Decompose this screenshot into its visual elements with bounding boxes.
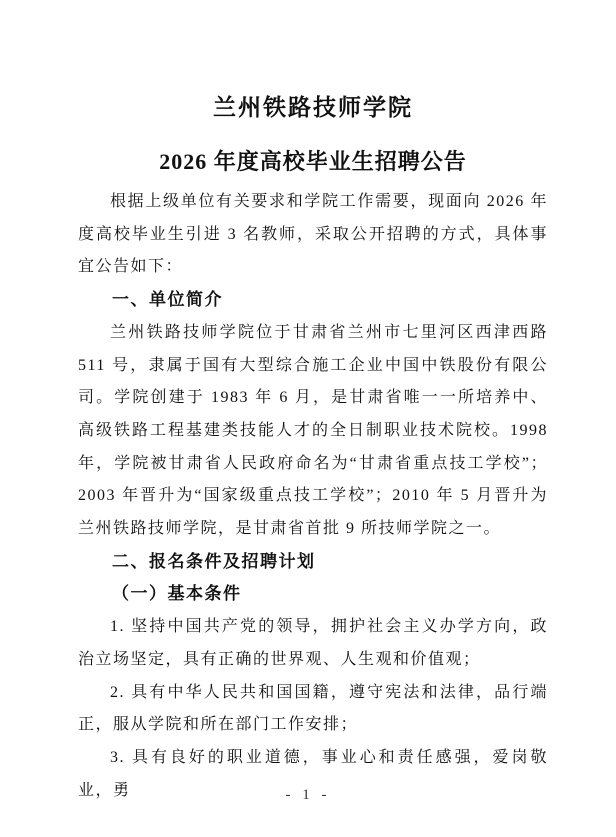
- doc-subtitle: 2026 年度高校毕业生招聘公告: [78, 142, 548, 182]
- intro-paragraph: 根据上级单位有关要求和学院工作需要，现面向 2026 年度高校毕业生引进 3 名…: [78, 186, 548, 284]
- document-content: 兰州铁路技师学院 2026 年度高校毕业生招聘公告 根据上级单位有关要求和学院工…: [78, 0, 548, 807]
- doc-title: 兰州铁路技师学院: [78, 88, 548, 128]
- section-2-subheading: （一）基本条件: [78, 578, 548, 611]
- document-page: 兰州铁路技师学院 2026 年度高校毕业生招聘公告 根据上级单位有关要求和学院工…: [0, 0, 616, 837]
- section-1-heading: 一、单位简介: [78, 284, 548, 317]
- section-1-paragraph: 兰州铁路技师学院位于甘肃省兰州市七里河区西津西路 511 号，隶属于国有大型综合…: [78, 317, 548, 546]
- section-2-heading: 二、报名条件及招聘计划: [78, 546, 548, 579]
- basic-condition-item-2: 2. 具有中华人民共和国国籍，遵守宪法和法律，品行端正，服从学院和所在部门工作安…: [78, 677, 548, 742]
- page-number: - 1 -: [0, 787, 616, 804]
- basic-condition-item-1: 1. 坚持中国共产党的领导，拥护社会主义办学方向，政治立场坚定，具有正确的世界观…: [78, 611, 548, 676]
